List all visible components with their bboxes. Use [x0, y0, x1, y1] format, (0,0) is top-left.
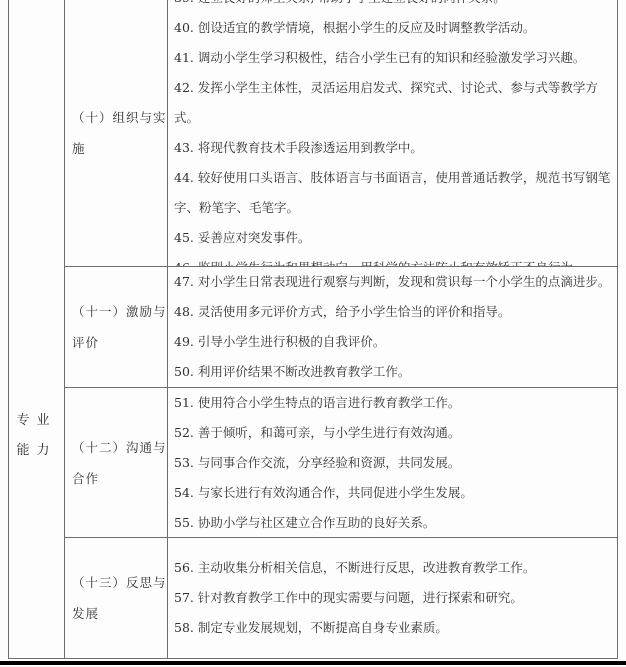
standards-table: 专业能力 （十）组织与实施 39. 建立良好的师生关系, 帮助小学生建立良好的同…: [8, 0, 618, 659]
table-row: （十一）激励与评价 47. 对小学生日常表现进行观察与判断，发现和赏识每一个小学…: [65, 267, 617, 388]
standard-item: 56. 主动收集分析相关信息，不断进行反思，改进教育教学工作。: [174, 553, 611, 583]
document-page: 专业能力 （十）组织与实施 39. 建立良好的师生关系, 帮助小学生建立良好的同…: [0, 0, 626, 667]
area-cell: （十二）沟通与合作: [65, 388, 168, 537]
dimension-column: 专业能力: [9, 0, 65, 658]
standard-item: 53. 与同事合作交流，分享经验和资源，共同发展。: [174, 448, 611, 478]
table-main-columns: （十）组织与实施 39. 建立良好的师生关系, 帮助小学生建立良好的同伴关系。4…: [65, 0, 617, 658]
standard-item: 51. 使用符合小学生特点的语言进行教育教学工作。: [174, 388, 611, 418]
table-row: （十二）沟通与合作 51. 使用符合小学生特点的语言进行教育教学工作。52. 善…: [65, 388, 617, 538]
standard-item: 44. 较好使用口头语言、肢体语言与书面语言，使用普通话教学，规范书写钢笔字、粉…: [174, 163, 611, 223]
standard-item: 41. 调动小学生学习积极性，结合小学生已有的知识和经验激发学习兴趣。: [174, 43, 611, 73]
standard-item: 47. 对小学生日常表现进行观察与判断，发现和赏识每一个小学生的点滴进步。: [174, 267, 611, 297]
items-cell: 51. 使用符合小学生特点的语言进行教育教学工作。52. 善于倾听，和蔼可亲，与…: [168, 388, 617, 537]
standard-item: 48. 灵活使用多元评价方式，给予小学生恰当的评价和指导。: [174, 297, 611, 327]
standard-item: 49. 引导小学生进行积极的自我评价。: [174, 327, 611, 357]
standard-item: 58. 制定专业发展规划，不断提高自身专业素质。: [174, 613, 611, 643]
standard-item: 50. 利用评价结果不断改进教育教学工作。: [174, 357, 611, 387]
standard-item: 39. 建立良好的师生关系, 帮助小学生建立良好的同伴关系。: [174, 0, 611, 13]
standard-item: 52. 善于倾听，和蔼可亲，与小学生进行有效沟通。: [174, 418, 611, 448]
standard-item: 54. 与家长进行有效沟通合作，共同促进小学生发展。: [174, 478, 611, 508]
items-cell: 56. 主动收集分析相关信息，不断进行反思，改进教育教学工作。57. 针对教育教…: [168, 538, 617, 658]
area-label-organization-implementation: （十）组织与实施: [65, 102, 167, 164]
area-label-motivation-evaluation: （十一）激励与评价: [65, 296, 167, 358]
standard-item: 57. 针对教育教学工作中的现实需要与问题，进行探索和研究。: [174, 583, 611, 613]
area-cell: （十一）激励与评价: [65, 267, 168, 387]
standard-item: 46. 鉴别小学生行为和思想动向，用科学的方法防止和有效矫正不良行为。: [174, 253, 611, 266]
dimension-label: 专业能力: [9, 406, 64, 466]
items-cell: 47. 对小学生日常表现进行观察与判断，发现和赏识每一个小学生的点滴进步。48.…: [168, 267, 617, 387]
area-label-reflection-development: （十三）反思与发展: [65, 567, 167, 629]
items-cell: 39. 建立良好的师生关系, 帮助小学生建立良好的同伴关系。40. 创设适宜的教…: [168, 0, 617, 266]
area-label-communication-cooperation: （十二）沟通与合作: [65, 432, 167, 494]
area-cell: （十三）反思与发展: [65, 538, 168, 658]
table-row: （十三）反思与发展 56. 主动收集分析相关信息，不断进行反思，改进教育教学工作…: [65, 538, 617, 658]
area-cell: （十）组织与实施: [65, 0, 168, 266]
standard-item: 40. 创设适宜的教学情境，根据小学生的反应及时调整教学活动。: [174, 13, 611, 43]
standard-item: 43. 将现代教育技术手段渗透运用到教学中。: [174, 133, 611, 163]
standard-item: 55. 协助小学与社区建立合作互助的良好关系。: [174, 508, 611, 538]
bottom-rule: [0, 661, 626, 665]
standard-item: 42. 发挥小学生主体性，灵活运用启发式、探究式、讨论式、参与式等教学方式。: [174, 73, 611, 133]
table-row: （十）组织与实施 39. 建立良好的师生关系, 帮助小学生建立良好的同伴关系。4…: [65, 0, 617, 267]
standard-item: 45. 妥善应对突发事件。: [174, 223, 611, 253]
